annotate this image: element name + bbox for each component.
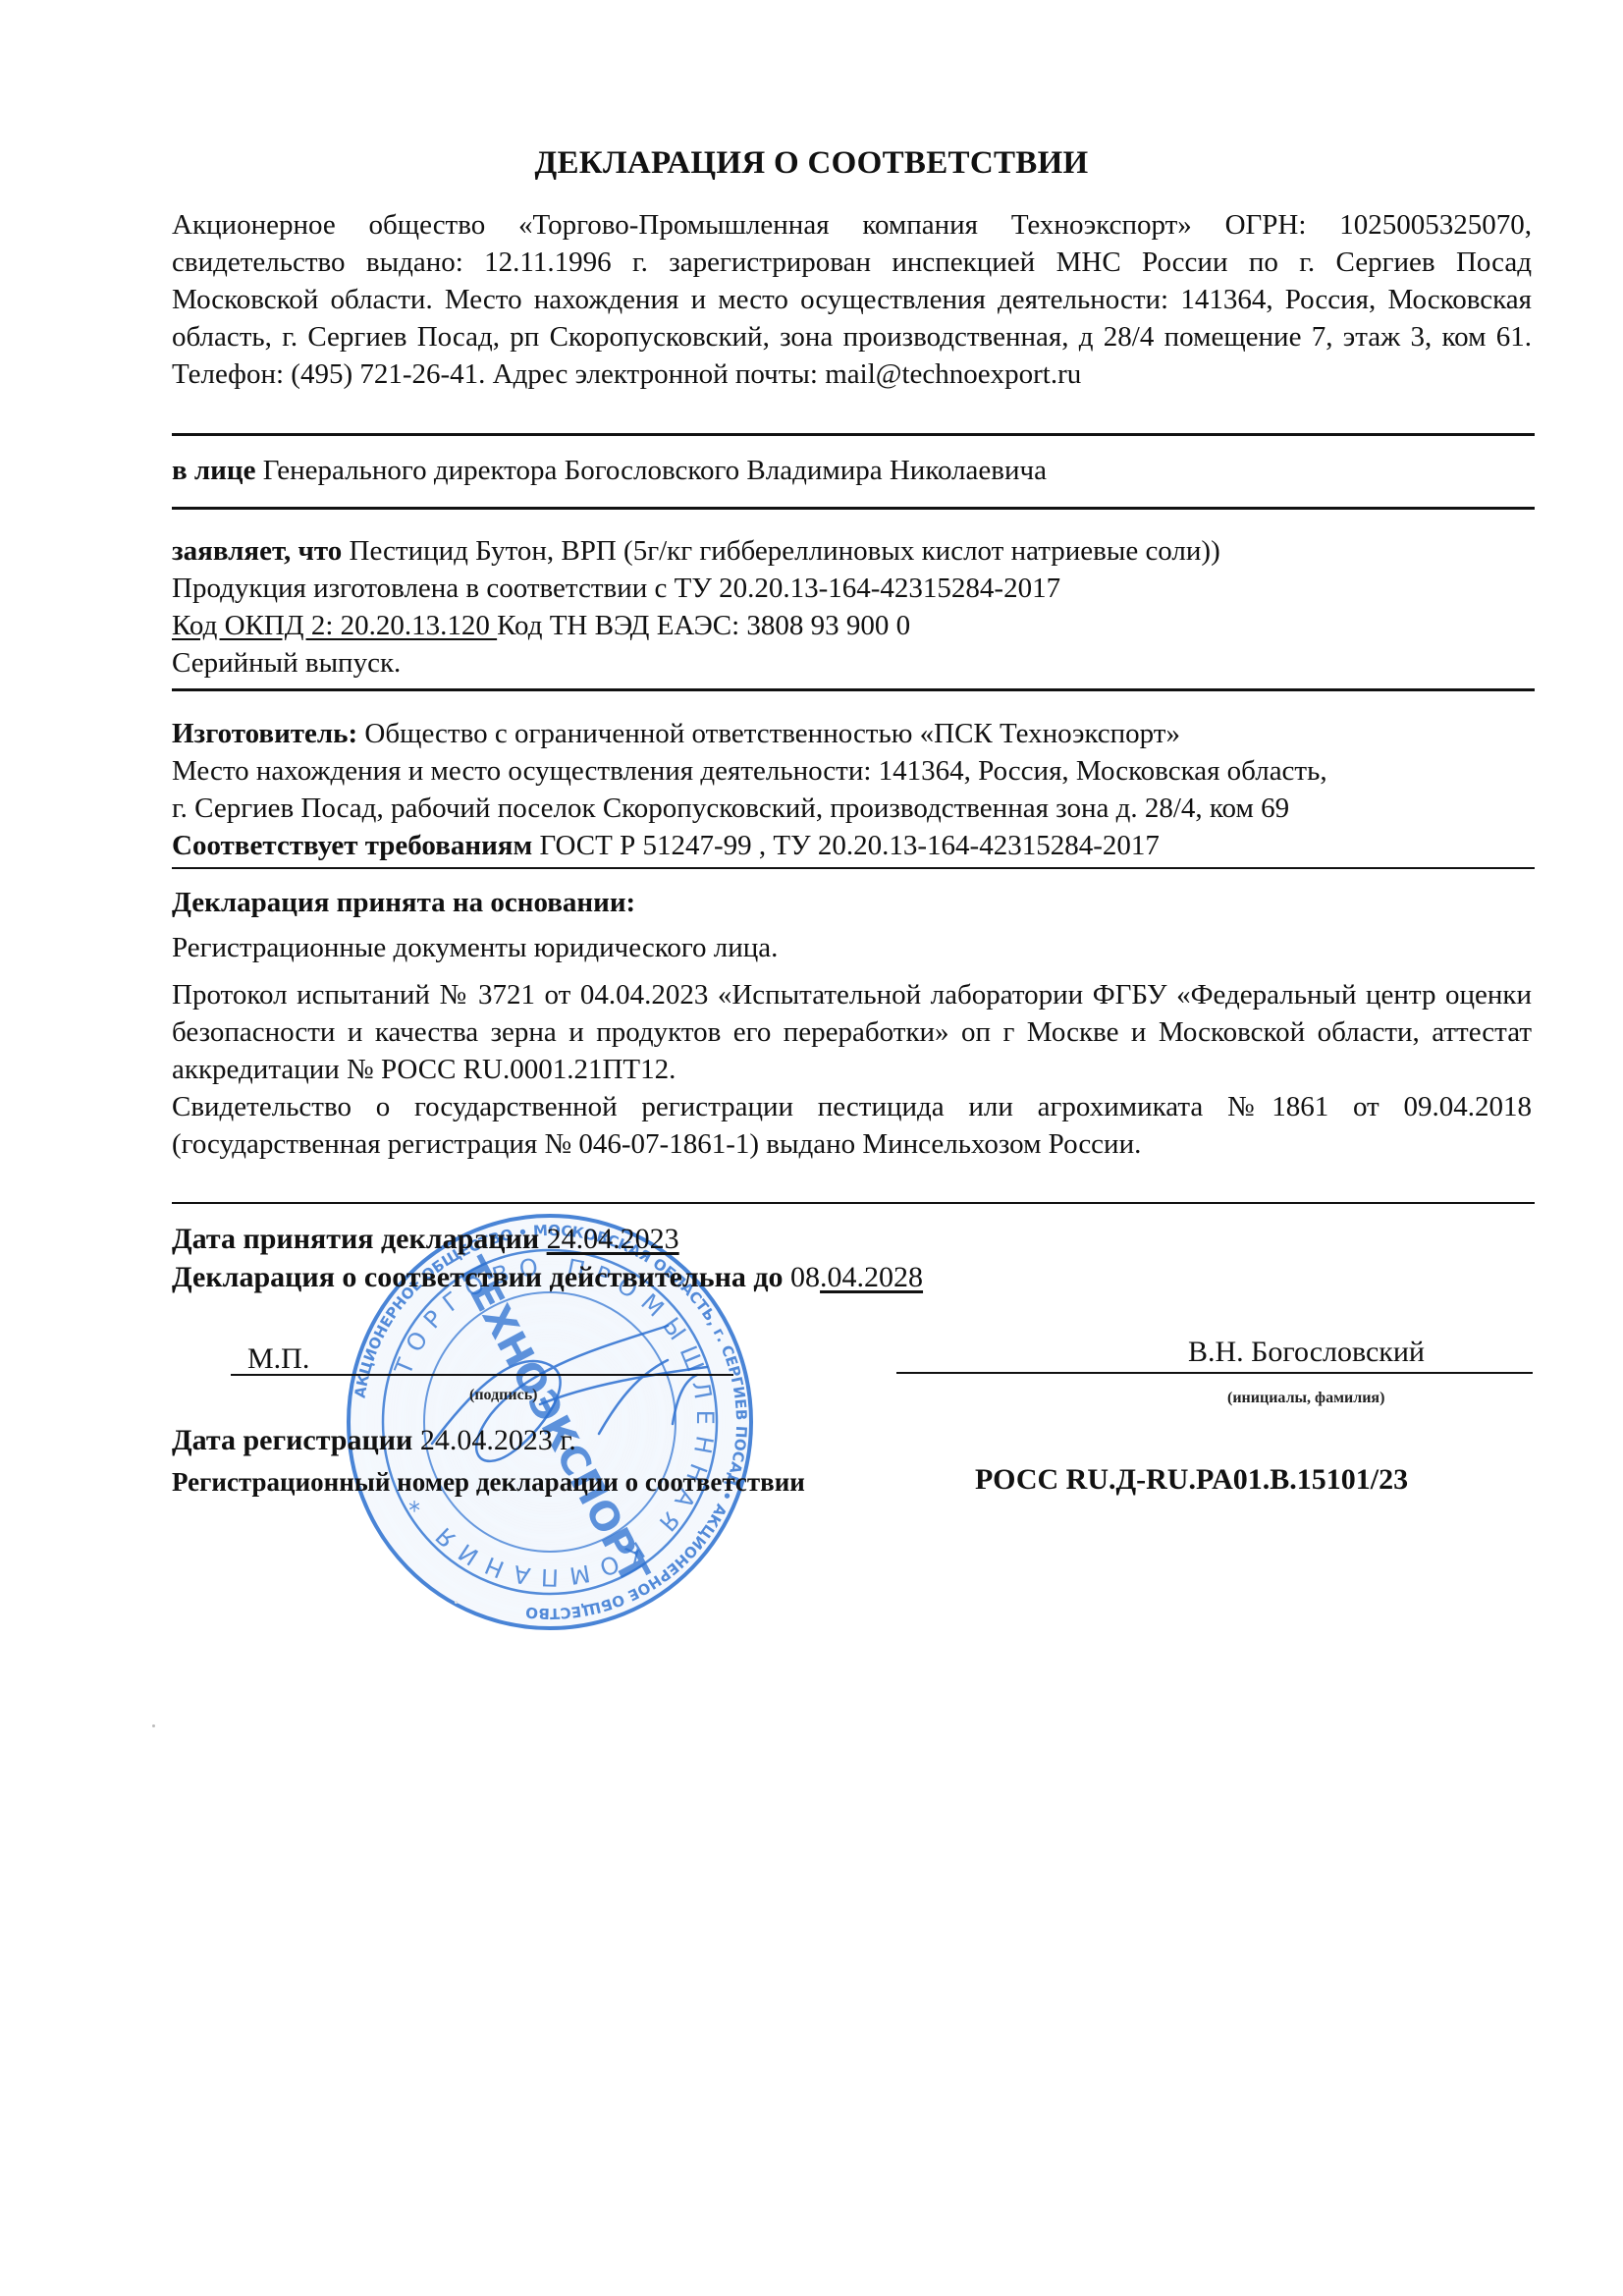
valid-until-day: 08: [790, 1261, 820, 1293]
accepted-date-line: Дата принятия декларации 24.04.2023: [172, 1223, 679, 1256]
valid-until-rest: .04.2028: [820, 1261, 923, 1293]
accepted-date-value: 24.04.2023: [547, 1223, 679, 1255]
signature-caption: (подпись): [469, 1387, 538, 1404]
divider-applicant: [172, 433, 1535, 436]
basis-block: Декларация принята на основании: Регистр…: [172, 884, 1532, 1163]
registration-date-value: 24.04.2023 г.: [420, 1424, 576, 1456]
accepted-date-label: Дата принятия декларации: [172, 1223, 539, 1255]
divider-basis: [172, 1202, 1535, 1204]
codes-line: Код ОКПД 2: 20.20.13.120 Код ТН ВЭД ЕАЭС…: [172, 607, 1532, 644]
declares-block: заявляет, что Пестицид Бутон, ВРП (5г/кг…: [172, 532, 1532, 682]
product-name: Пестицид Бутон, ВРП (5г/кг гиббереллинов…: [350, 535, 1220, 567]
manufacturer-name: Общество с ограниченной ответственностью…: [364, 718, 1180, 749]
manufacturer-address-2: г. Сергиев Посад, рабочий поселок Скороп…: [172, 790, 1532, 827]
registration-date-label: Дата регистрации: [172, 1424, 412, 1456]
signer-name: В.Н. Богословский: [1188, 1336, 1425, 1369]
signer-line: [896, 1372, 1533, 1374]
manufacturer-address-1: Место нахождения и место осуществления д…: [172, 752, 1532, 790]
valid-until-label: Декларация о соответствии действительна …: [172, 1261, 784, 1293]
product-line: заявляет, что Пестицид Бутон, ВРП (5г/кг…: [172, 532, 1532, 570]
represented-by-line: в лице Генерального директора Богословск…: [172, 452, 1532, 489]
document-title: ДЕКЛАРАЦИЯ О СООТВЕТСТВИИ: [0, 145, 1623, 182]
represented-by-label: в лице: [172, 455, 255, 486]
svg-text:ТОРГОВО ПРОМЫШЛЕННАЯ КОМПАНИЯ: ТОРГОВО ПРОМЫШЛЕННАЯ КОМПАНИЯ *: [389, 1252, 719, 1591]
manufacturer-line: Изготовитель: Общество с ограниченной от…: [172, 715, 1532, 752]
manufacturer-block: Изготовитель: Общество с ограниченной от…: [172, 715, 1532, 864]
tnved-code: Код ТН ВЭД ЕАЭС: 3808 93 900 0: [497, 610, 910, 641]
declaration-page: ДЕКЛАРАЦИЯ О СООТВЕТСТВИИ Акционерное об…: [0, 0, 1623, 2296]
basis-heading: Декларация принята на основании:: [172, 884, 1532, 921]
registration-number-label-text: Регистрационный номер декларации о соотв…: [172, 1467, 805, 1497]
conforms-label: Соответствует требованиям: [172, 830, 532, 861]
scan-speck: [455, 1601, 458, 1604]
declares-label: заявляет, что: [172, 535, 342, 567]
divider-manufacturer: [172, 867, 1535, 869]
signer-caption: (инициалы, фамилия): [1227, 1390, 1384, 1407]
conforms-value: ГОСТ Р 51247-99 , ТУ 20.20.13-164-423152…: [539, 830, 1159, 861]
svg-text:ТЕХНОЭКСПОРТ: ТЕХНОЭКСПОРТ: [448, 1250, 658, 1592]
basis-item-3: Свидетельство о государственной регистра…: [172, 1088, 1532, 1163]
tu-line: Продукция изготовлена в соответствии с Т…: [172, 570, 1532, 607]
scan-speck: [152, 1724, 155, 1727]
divider-represented: [172, 507, 1535, 510]
divider-declares: [172, 688, 1535, 691]
registration-number-value: РОСС RU.Д-RU.PA01.B.15101/23: [975, 1463, 1408, 1497]
serial-line: Серийный выпуск.: [172, 644, 1532, 682]
represented-by-value: Генерального директора Богословского Вла…: [263, 455, 1047, 486]
signature-line: [231, 1374, 733, 1376]
manufacturer-label: Изготовитель:: [172, 718, 357, 749]
valid-until-line: Декларация о соответствии действительна …: [172, 1261, 923, 1294]
conforms-line: Соответствует требованиям ГОСТ Р 51247-9…: [172, 827, 1532, 864]
mp-label: М.П.: [247, 1342, 309, 1376]
registration-date-line: Дата регистрации 24.04.2023 г.: [172, 1424, 576, 1457]
basis-item-1: Регистрационные документы юридического л…: [172, 929, 1532, 966]
registration-number-value-text: РОСС RU.Д-RU.PA01.B.15101/23: [975, 1463, 1408, 1496]
registration-number-label: Регистрационный номер декларации о соотв…: [172, 1467, 805, 1498]
applicant-paragraph: Акционерное общество «Торгово-Промышленн…: [172, 206, 1532, 393]
basis-item-2: Протокол испытаний № 3721 от 04.04.2023 …: [172, 976, 1532, 1088]
okpd-code: Код ОКПД 2: 20.20.13.120: [172, 610, 497, 641]
